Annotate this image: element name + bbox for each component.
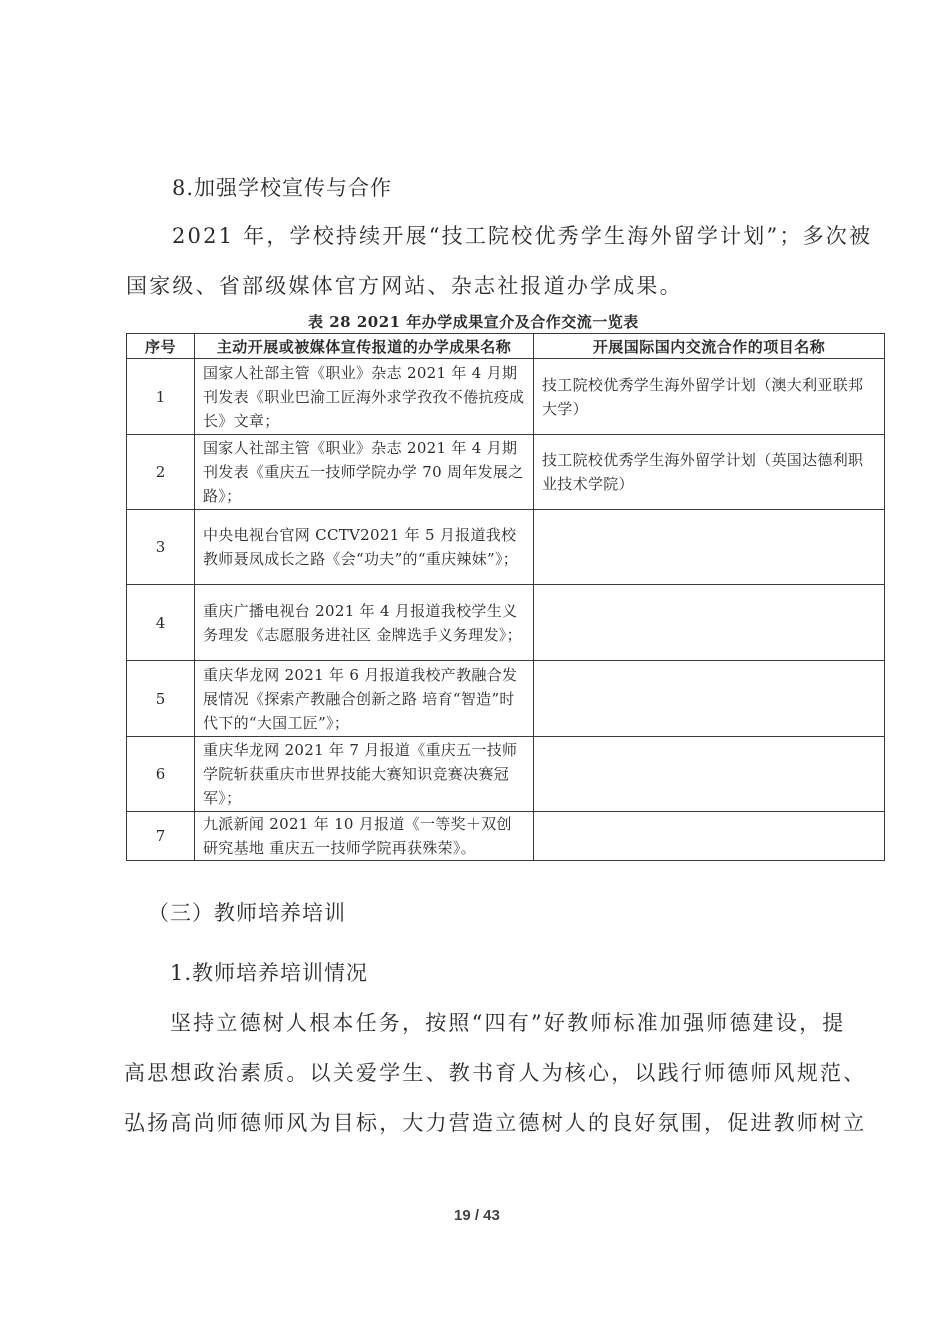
- row-cooperation: [534, 510, 885, 585]
- section-heading-3: （三）教师培养培训: [148, 897, 346, 927]
- table-row: 3 中央电视台官网 CCTV2021 年 5 月报道我校教师聂凤成长之路《会“功…: [127, 510, 885, 585]
- row-achievement: 重庆广播电视台 2021 年 4 月报道我校学生义务理发《志愿服务进社区 金牌选…: [195, 585, 534, 661]
- paragraph-line: 坚持立德树人根本任务，按照“四有”好教师标准加强师德建设，提: [170, 1013, 845, 1034]
- row-achievement: 国家人社部主管《职业》杂志 2021 年 4 月期刊发表《重庆五一技师学院办学 …: [195, 435, 534, 510]
- table-row: 7 九派新闻 2021 年 10 月报道《一等奖＋双创研究基地 重庆五一技师学院…: [127, 812, 885, 861]
- achievements-table: 序号 主动开展或被媒体宣传报道的办学成果名称 开展国际国内交流合作的项目名称 1…: [126, 333, 885, 861]
- row-index: 7: [127, 812, 195, 861]
- table-row: 1 国家人社部主管《职业》杂志 2021 年 4 月期刊发表《职业巴渝工匠海外求…: [127, 359, 885, 435]
- header-index: 序号: [127, 334, 195, 359]
- page-number: 19 / 43: [454, 1207, 500, 1224]
- table-row: 4 重庆广播电视台 2021 年 4 月报道我校学生义务理发《志愿服务进社区 金…: [127, 585, 885, 661]
- row-index: 6: [127, 737, 195, 812]
- section-heading-8: 8.加强学校宣传与合作: [172, 172, 392, 202]
- row-achievement: 国家人社部主管《职业》杂志 2021 年 4 月期刊发表《职业巴渝工匠海外求学孜…: [195, 359, 534, 435]
- table-row: 6 重庆华龙网 2021 年 7 月报道《重庆五一技师学院斩获重庆市世界技能大赛…: [127, 737, 885, 812]
- header-cooperation: 开展国际国内交流合作的项目名称: [534, 334, 885, 359]
- row-achievement: 重庆华龙网 2021 年 7 月报道《重庆五一技师学院斩获重庆市世界技能大赛知识…: [195, 737, 534, 812]
- row-achievement: 中央电视台官网 CCTV2021 年 5 月报道我校教师聂凤成长之路《会“功夫”…: [195, 510, 534, 585]
- paragraph-line: 高思想政治素质。以关爱学生、教书育人为核心，以践行师德师风规范、: [124, 1063, 866, 1084]
- row-cooperation: 技工院校优秀学生海外留学计划（英国达德利职业技术学院）: [534, 435, 885, 510]
- row-cooperation: [534, 812, 885, 861]
- row-cooperation: [534, 737, 885, 812]
- row-achievement: 九派新闻 2021 年 10 月报道《一等奖＋双创研究基地 重庆五一技师学院再获…: [195, 812, 534, 861]
- table-caption: 表 28 2021 年办学成果宣介及合作交流一览表: [308, 311, 639, 332]
- table-row: 5 重庆华龙网 2021 年 6 月报道我校产教融合发展情况《探索产教融合创新之…: [127, 661, 885, 737]
- row-index: 3: [127, 510, 195, 585]
- row-cooperation: 技工院校优秀学生海外留学计划（澳大利亚联邦大学）: [534, 359, 885, 435]
- row-achievement: 重庆华龙网 2021 年 6 月报道我校产教融合发展情况《探索产教融合创新之路 …: [195, 661, 534, 737]
- table-row: 2 国家人社部主管《职业》杂志 2021 年 4 月期刊发表《重庆五一技师学院办…: [127, 435, 885, 510]
- paragraph-line: 2021 年，学校持续开展“技工院校优秀学生海外留学计划”；多次被: [172, 226, 872, 247]
- row-index: 4: [127, 585, 195, 661]
- row-index: 2: [127, 435, 195, 510]
- sub-heading-1: 1.教师培养培训情况: [170, 957, 368, 987]
- row-cooperation: [534, 585, 885, 661]
- row-cooperation: [534, 661, 885, 737]
- row-index: 1: [127, 359, 195, 435]
- header-achievement: 主动开展或被媒体宣传报道的办学成果名称: [195, 334, 534, 359]
- paragraph-line: 弘扬高尚师德师风为目标，大力营造立德树人的良好氛围，促进教师树立: [124, 1113, 866, 1134]
- paragraph-line: 国家级、省部级媒体官方网站、杂志社报道办学成果。: [126, 276, 683, 297]
- table-header-row: 序号 主动开展或被媒体宣传报道的办学成果名称 开展国际国内交流合作的项目名称: [127, 334, 885, 359]
- row-index: 5: [127, 661, 195, 737]
